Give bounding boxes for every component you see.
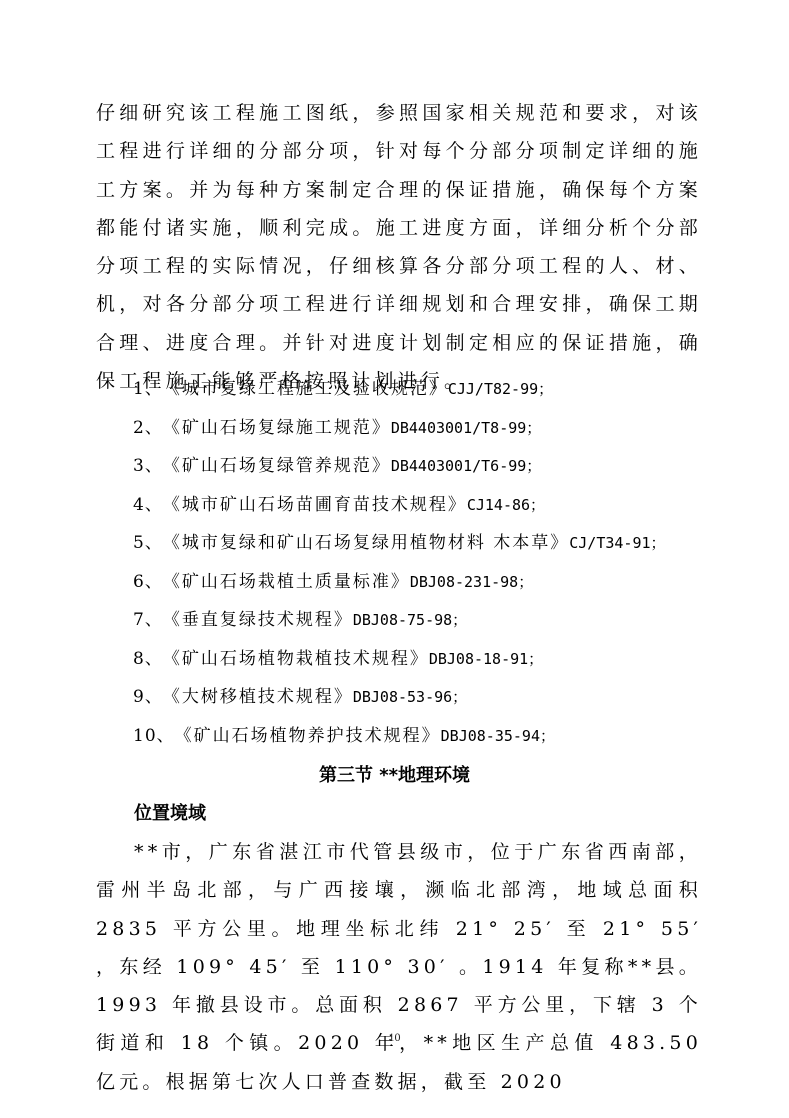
standard-title: 《垂直复绿技术规程》 <box>163 610 353 630</box>
list-item: 2、《矿山石场复绿施工规范》DB4403001/T8-99； <box>133 409 666 448</box>
standard-code: DBJ08-53-96； <box>353 688 467 706</box>
item-number: 1、 <box>133 370 163 409</box>
list-item: 6、《矿山石场栽植土质量标准》DBJ08-231-98； <box>133 563 666 602</box>
item-number: 6、 <box>133 563 163 602</box>
intro-paragraph: 仔细研究该工程施工图纸，参照国家相关规范和要求，对该工程进行详细的分部分项，针对… <box>96 94 702 400</box>
document-page: 仔细研究该工程施工图纸，参照国家相关规范和要求，对该工程进行详细的分部分项，针对… <box>0 0 789 1118</box>
standard-title: 《矿山石场复绿管养规范》 <box>163 456 391 476</box>
item-number: 5、 <box>133 524 163 563</box>
standard-code: DBJ08-35-94； <box>441 727 555 745</box>
list-item: 1、《城市复绿工程施工及验收规范》CJJ/T82-99； <box>133 370 666 409</box>
standard-code: DBJ08-75-98； <box>353 611 467 629</box>
standard-title: 《矿山石场栽植土质量标准》 <box>163 572 410 592</box>
item-number: 2、 <box>133 409 163 448</box>
standard-title: 《城市复绿和矿山石场复绿用植物材料 木本草》 <box>163 533 569 553</box>
item-number: 10、 <box>133 717 175 756</box>
list-item: 9、《大树移植技术规程》DBJ08-53-96； <box>133 678 666 717</box>
standard-code: DB4403001/T8-99； <box>391 419 541 437</box>
standard-code: CJ/T34-91； <box>569 534 665 552</box>
standard-title: 《矿山石场植物养护技术规程》 <box>175 726 441 746</box>
list-item: 4、《城市矿山石场苗圃育苗技术规程》CJ14-86； <box>133 486 666 525</box>
item-number: 9、 <box>133 678 163 717</box>
item-number: 8、 <box>133 640 163 679</box>
standard-code: DBJ08-231-98； <box>410 573 533 591</box>
standard-title: 《城市矿山石场苗圃育苗技术规程》 <box>163 495 467 515</box>
item-number: 4、 <box>133 486 163 525</box>
list-item: 7、《垂直复绿技术规程》DBJ08-75-98； <box>133 601 666 640</box>
location-paragraph: **市，广东省湛江市代管县级市，位于广东省西南部，雷州半岛北部，与广西接壤，濒临… <box>96 833 702 1101</box>
standard-code: CJJ/T82-99； <box>448 380 553 398</box>
standard-title: 《城市复绿工程施工及验收规范》 <box>163 379 448 399</box>
subsection-title: 位置境域 <box>134 795 206 833</box>
list-item: 10、《矿山石场植物养护技术规程》DBJ08-35-94； <box>133 717 666 756</box>
standards-list: 1、《城市复绿工程施工及验收规范》CJJ/T82-99； 2、《矿山石场复绿施工… <box>133 370 666 755</box>
list-item: 3、《矿山石场复绿管养规范》DB4403001/T6-99； <box>133 447 666 486</box>
standard-code: DBJ08-18-91； <box>429 650 543 668</box>
standard-title: 《大树移植技术规程》 <box>163 687 353 707</box>
standard-code: DB4403001/T6-99； <box>391 457 541 475</box>
section-title: 第三节 **地理环境 <box>0 757 789 795</box>
standard-title: 《矿山石场复绿施工规范》 <box>163 418 391 438</box>
list-item: 8、《矿山石场植物栽植技术规程》DBJ08-18-91； <box>133 640 666 679</box>
standard-title: 《矿山石场植物栽植技术规程》 <box>163 649 429 669</box>
standard-code: CJ14-86； <box>467 496 545 514</box>
page-number: 10 <box>0 1030 789 1045</box>
list-item: 5、《城市复绿和矿山石场复绿用植物材料 木本草》CJ/T34-91； <box>133 524 666 563</box>
item-number: 3、 <box>133 447 163 486</box>
item-number: 7、 <box>133 601 163 640</box>
